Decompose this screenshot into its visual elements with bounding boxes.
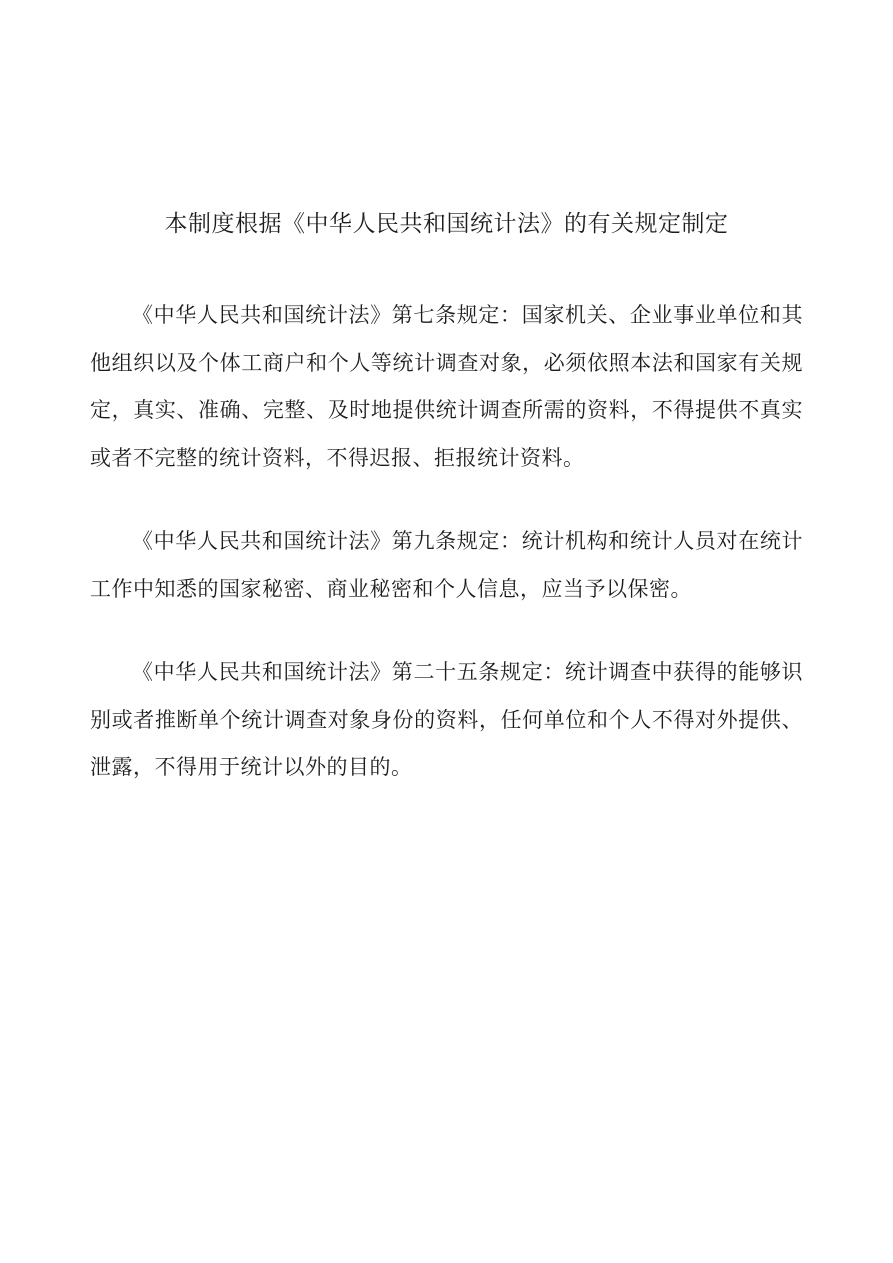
document-page: 本制度根据《中华人民共和国统计法》的有关规定制定 《中华人民共和国统计法》第七条…	[0, 0, 893, 1263]
paragraph-statistics-law-article-9: 《中华人民共和国统计法》第九条规定：统计机构和统计人员对在统计工作中知悉的国家秘…	[90, 518, 803, 613]
document-title: 本制度根据《中华人民共和国统计法》的有关规定制定	[90, 208, 803, 240]
paragraph-statistics-law-article-25: 《中华人民共和国统计法》第二十五条规定：统计调查中获得的能够识别或者推断单个统计…	[90, 649, 803, 792]
paragraph-statistics-law-article-7: 《中华人民共和国统计法》第七条规定：国家机关、企业事业单位和其他组织以及个体工商…	[90, 292, 803, 482]
